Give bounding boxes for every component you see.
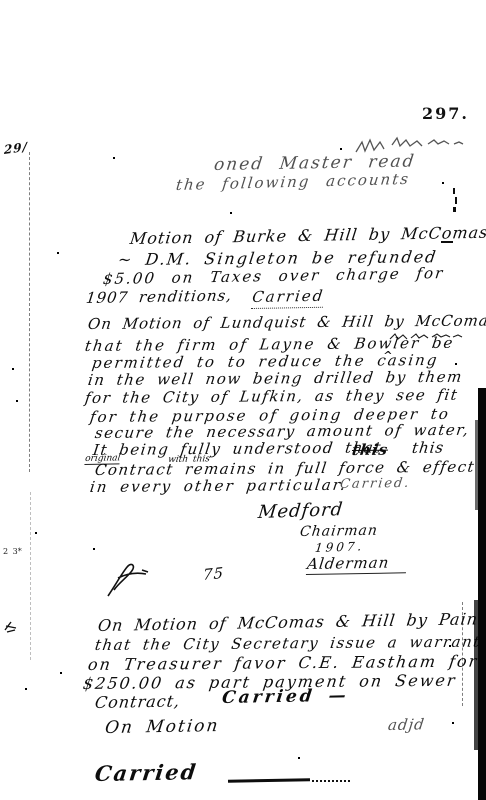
handwritten-line: It being fully understood that xyxy=(92,440,383,458)
scan-speck xyxy=(113,157,115,159)
handwritten-line: $5.00 on Taxes over charge for xyxy=(102,266,445,287)
handwritten-line: the following accounts xyxy=(175,172,411,193)
binding-dot-line xyxy=(30,492,31,660)
signature-name: Medford xyxy=(257,501,344,522)
edge-mark xyxy=(453,207,456,212)
flourish-dash-tail xyxy=(312,780,350,782)
scanned-minutes-page: 297. oned Master read the following acco… xyxy=(0,0,486,800)
binding-dot-line xyxy=(29,152,30,472)
carried-notation: Carried — xyxy=(221,688,350,707)
handwritten-line: On Motion of McComas & Hill by Paine xyxy=(97,611,486,634)
binding-dash-line xyxy=(462,602,463,706)
carried-notation: Carried xyxy=(94,761,199,784)
carried-notation: Carried xyxy=(251,289,325,309)
binding-shadow-band xyxy=(478,388,486,800)
struck-word: this xyxy=(351,443,389,458)
handwritten-line: this xyxy=(411,440,445,456)
signature-year: 1907. xyxy=(314,540,365,554)
handwritten-line: that the City Secretary issue a warrant xyxy=(94,635,482,653)
handwritten-line: Contract, xyxy=(94,693,181,711)
handwritten-line: Contract remains in full force & effect xyxy=(94,460,476,478)
margin-small-note: 2 3* xyxy=(3,547,22,556)
signature-title: Chairman xyxy=(299,524,379,539)
edge-mark xyxy=(455,197,457,204)
handwritten-line: 1907 renditions, xyxy=(85,288,233,306)
margin-flourish-scribble xyxy=(98,560,154,600)
handwritten-line: Motion of Burke & Hill by McComas xyxy=(129,225,486,247)
handwritten-line: On Motion xyxy=(104,718,220,737)
edge-mark xyxy=(453,188,455,194)
binding-shadow-edge xyxy=(475,420,478,510)
carried-notation: Carried. xyxy=(339,477,411,491)
handwritten-line: for the City of Lufkin, as they see fit xyxy=(84,388,459,406)
handwritten-line: in every other particular. xyxy=(89,478,348,495)
page-number: 297. xyxy=(422,104,469,123)
flourish-dash xyxy=(228,778,310,782)
handwritten-line: On Motion of Lundquist & Hill by McComas xyxy=(87,313,486,332)
margin-amount: 75 xyxy=(203,566,225,583)
margin-check-scribble xyxy=(3,618,21,636)
signature-role: Alderman xyxy=(306,555,408,575)
binding-shadow-edge xyxy=(474,600,478,750)
handwritten-word: adjd xyxy=(387,717,426,733)
margin-note: 29/ xyxy=(4,141,28,156)
